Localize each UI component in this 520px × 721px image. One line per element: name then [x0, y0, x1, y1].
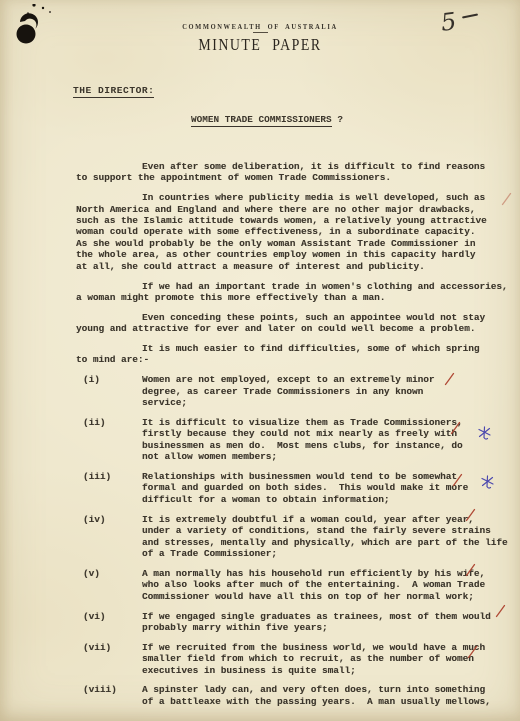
text-line: difficult for a woman to obtain informat… [142, 494, 512, 505]
item-numeral: (viii) [76, 684, 142, 707]
red-tick-annotation [452, 473, 463, 487]
paragraph-4: Even conceding these points, such an app… [76, 312, 512, 335]
text-line: at all, she could attract a measure of i… [76, 261, 512, 272]
red-tick-annotation [501, 192, 512, 206]
text-line: If we had an important trade in women's … [76, 281, 512, 292]
red-tick-annotation [465, 563, 476, 577]
text-line: If we recruited from the business world,… [142, 642, 512, 653]
item-text: It is extremely doubtful if a woman coul… [142, 514, 512, 560]
text-line: Even after some deliberation, it is diff… [76, 161, 512, 172]
red-tick-annotation [450, 421, 461, 435]
blue-asterisk-annotation [480, 475, 495, 491]
minute-paper-page: 5 COMMONWEALTH OF AUSTRALIA MINUTE PAPER… [0, 0, 520, 721]
item-text: Women are not employed, except to an ext… [142, 374, 512, 408]
text-line: woman could operate with some effectiven… [76, 226, 512, 237]
letterhead-rule [253, 32, 268, 33]
item-numeral: (i) [76, 374, 142, 408]
text-line: executives in business is quite small; [142, 665, 512, 676]
item-numeral: (v) [76, 568, 142, 602]
paragraph-3: If we had an important trade in women's … [76, 281, 512, 304]
text-line: smaller field from which to recruit, as … [142, 653, 512, 664]
item-numeral: (iv) [76, 514, 142, 560]
text-line: degree, as career Trade Commissioners in… [142, 386, 512, 397]
red-tick-annotation [495, 604, 506, 618]
text-line: It is much easier to find difficulties, … [76, 343, 512, 354]
text-line: who also looks after much of the enterta… [142, 579, 512, 590]
item-text: A spinster lady can, and very often does… [142, 684, 512, 707]
text-line: businessmen as men do. Most mens clubs, … [142, 440, 512, 451]
list-item-ii: (ii)It is difficult to visualize them as… [76, 417, 512, 463]
text-line: service; [142, 397, 512, 408]
item-text: A man normally has his household run eff… [142, 568, 512, 602]
text-line: of a Trade Commissioner; [142, 548, 512, 559]
text-line: to support the appointment of women Trad… [76, 172, 512, 183]
list-item-iii: (iii)Relationships with businessmen woul… [76, 471, 512, 505]
blue-asterisk-annotation [477, 426, 492, 442]
text-line: not allow women members; [142, 451, 512, 462]
letterhead-form-title: MINUTE PAPER [42, 35, 479, 55]
subject-title: WOMEN TRADE COMMISSIONERS [191, 114, 332, 127]
paragraph-5: It is much easier to find difficulties, … [76, 343, 512, 366]
text-line: Even conceding these points, such an app… [76, 312, 512, 323]
text-line: As she would probably be the only woman … [76, 238, 512, 249]
item-numeral: (vi) [76, 611, 142, 634]
item-text: If we engaged single graduates as traine… [142, 611, 512, 634]
paragraph-1: Even after some deliberation, it is diff… [76, 161, 512, 184]
text-line: North America and England and where ther… [76, 204, 512, 215]
text-line: Women are not employed, except to an ext… [142, 374, 512, 385]
item-text: If we recruited from the business world,… [142, 642, 512, 676]
text-line: of a battleaxe with the passing years. A… [142, 696, 512, 707]
paragraph-2: In countries where publicity media is we… [76, 192, 512, 272]
text-line: the whole area, as other countries emplo… [76, 249, 512, 260]
text-line: If we engaged single graduates as traine… [142, 611, 512, 622]
addressee: THE DIRECTOR: [73, 85, 154, 98]
red-tick-annotation [465, 508, 476, 522]
list-item-vii: (vii)If we recruited from the business w… [76, 642, 512, 676]
text-line: Commissioner would have all this on top … [142, 591, 512, 602]
text-line: a woman might promote this more effectiv… [76, 292, 512, 303]
list-item-viii: (viii)A spinster lady can, and very ofte… [76, 684, 512, 707]
text-line: probably marry within five years; [142, 622, 512, 633]
subject-heading: WOMEN TRADE COMMISSIONERS ? [0, 114, 520, 125]
page-number-dash [462, 13, 478, 18]
text-line: A man normally has his household run eff… [142, 568, 512, 579]
text-line: under a variety of conditions, stand the… [142, 525, 512, 536]
letterhead: COMMONWEALTH OF AUSTRALIA MINUTE PAPER [0, 22, 520, 55]
red-tick-annotation [467, 645, 478, 659]
list-item-iv: (iv)It is extremely doubtful if a woman … [76, 514, 512, 560]
text-line: to mind are:- [76, 354, 512, 365]
text-line: In countries where publicity media is we… [76, 192, 512, 203]
text-line: such as the Islamic attitude towards wom… [76, 215, 512, 226]
item-numeral: (vii) [76, 642, 142, 676]
document-body: Even after some deliberation, it is diff… [76, 161, 512, 716]
letterhead-organisation: COMMONWEALTH OF AUSTRALIA [36, 22, 483, 31]
list-item-v: (v)A man normally has his household run … [76, 568, 512, 602]
text-line: young and attractive for ever and later … [76, 323, 512, 334]
red-tick-annotation [444, 372, 455, 386]
text-line: A spinster lady can, and very often does… [142, 684, 512, 695]
list-item-vi: (vi)If we engaged single graduates as tr… [76, 611, 512, 634]
text-line: It is extremely doubtful if a woman coul… [142, 514, 512, 525]
item-numeral: (iii) [76, 471, 142, 505]
item-numeral: (ii) [76, 417, 142, 463]
subject-punctuation: ? [332, 114, 343, 125]
text-line: and stresses, mentally and physically, w… [142, 537, 512, 548]
